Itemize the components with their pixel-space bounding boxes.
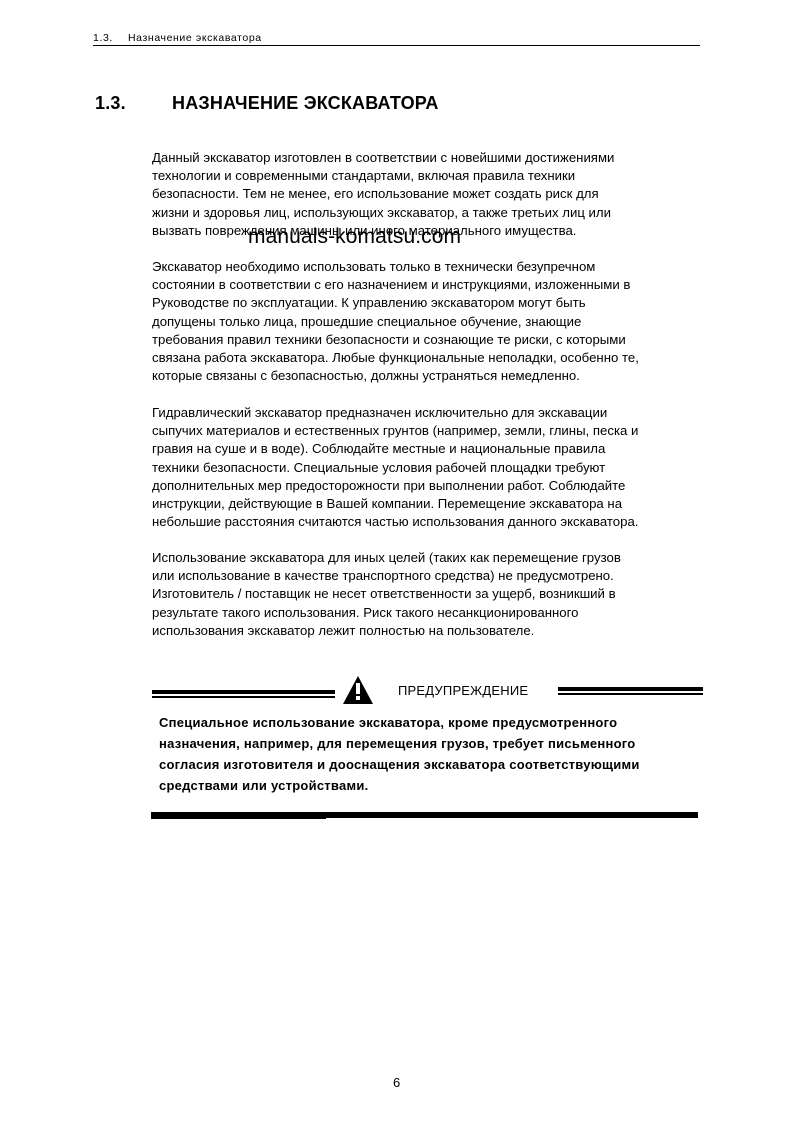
text-line: требования правил техники безопасности и…	[152, 331, 712, 349]
text-line: дополнительных мер предосторожности при …	[152, 477, 712, 495]
watermark: manuals-komatsu.com	[248, 225, 461, 249]
warning-label: ПРЕДУПРЕЖДЕНИЕ	[398, 683, 528, 698]
text-line: которые связаны с безопасностью, должны …	[152, 367, 712, 385]
section-number: 1.3.	[95, 92, 126, 114]
text-line: Экскаватор необходимо использовать тольк…	[152, 258, 712, 276]
paragraph-2: Экскаватор необходимо использовать тольк…	[152, 258, 712, 385]
warning-rule-right	[558, 687, 703, 696]
text-line: небольшие расстояния считаются частью ис…	[152, 513, 712, 531]
text-line: Изготовитель / поставщик не несет ответс…	[152, 585, 712, 603]
text-line: Специальное использование экскаватора, к…	[159, 712, 709, 733]
text-line: техники безопасности. Специальные услови…	[152, 459, 712, 477]
paragraph-3: Гидравлический экскаватор предназначен и…	[152, 404, 712, 531]
text-line: безопасности. Тем не менее, его использо…	[152, 185, 712, 203]
paragraph-4: Использование экскаватора для иных целей…	[152, 549, 712, 640]
text-line: средствами или устройствами.	[159, 775, 709, 796]
text-line: Руководстве по эксплуатации. К управлени…	[152, 294, 712, 312]
running-header-title: Назначение экскаватора	[128, 31, 262, 45]
text-line: жизни и здоровья лиц, использующих экска…	[152, 204, 712, 222]
text-line: использования экскаватор лежит полностью…	[152, 622, 712, 640]
warning-text: Специальное использование экскаватора, к…	[159, 712, 709, 796]
section-heading: НАЗНАЧЕНИЕ ЭКСКАВАТОРА	[172, 92, 439, 114]
warning-triangle-icon	[342, 675, 374, 705]
text-line: результате такого использования. Риск та…	[152, 604, 712, 622]
text-line: сыпучих материалов и естественных грунто…	[152, 422, 712, 440]
text-line: гравия на суше и в воде). Соблюдайте мес…	[152, 440, 712, 458]
page-number: 6	[393, 1075, 400, 1090]
text-line: Гидравлический экскаватор предназначен и…	[152, 404, 712, 422]
text-line: Использование экскаватора для иных целей…	[152, 549, 712, 567]
text-line: связана работа экскаватора. Любые функци…	[152, 349, 712, 367]
text-line: состоянии в соответствии с его назначени…	[152, 276, 712, 294]
text-line: или использование в качестве транспортно…	[152, 567, 712, 585]
warning-rule-left	[152, 690, 335, 699]
text-line: технологии и современными стандартами, в…	[152, 167, 712, 185]
running-header: 1.3. Назначение экскаватора	[93, 31, 700, 46]
text-line: назначения, например, для перемещения гр…	[159, 733, 709, 754]
text-line: допущены только лица, прошедшие специаль…	[152, 313, 712, 331]
text-line: инструкции, действующие в Вашей компании…	[152, 495, 712, 513]
warning-rule-bottom	[151, 812, 698, 818]
running-header-number: 1.3.	[93, 31, 113, 45]
text-line: Данный экскаватор изготовлен в соответст…	[152, 149, 712, 167]
text-line: согласия изготовителя и дооснащения экск…	[159, 754, 709, 775]
